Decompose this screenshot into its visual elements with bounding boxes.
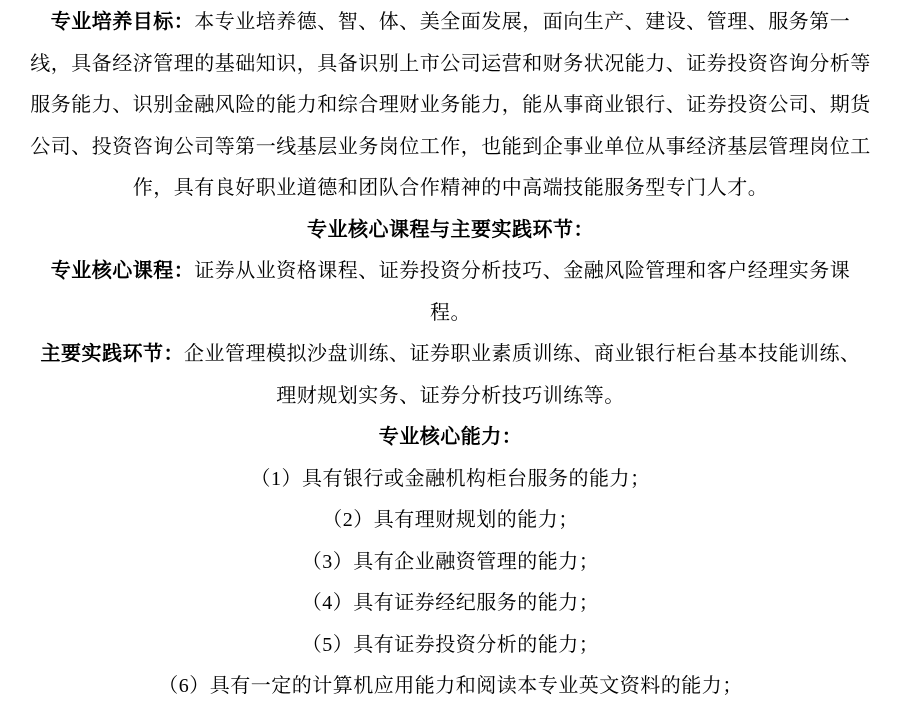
- line-text: 程。: [430, 302, 471, 324]
- ability-item-line: （5）具有证券投资分析的能力；: [8, 625, 893, 667]
- section-heading-courses-practice: 专业核心课程与主要实践环节：: [8, 210, 893, 252]
- ability-item-line: （6）具有一定的计算机应用能力和阅读本专业英文资料的能力；: [8, 666, 893, 708]
- line-text: 企业管理模拟沙盘训练、证券职业素质训练、商业银行柜台基本技能训练、: [184, 343, 861, 365]
- practice-modules-line: 理财规划实务、证券分析技巧训练等。: [8, 376, 893, 418]
- document-page: 专业培养目标：本专业培养德、智、体、美全面发展，面向生产、建设、管理、服务第一 …: [0, 0, 901, 709]
- training-objective-line: 公司、投资咨询公司等第一线基层业务岗位工作，也能到企事业单位从事经济基层管理岗位…: [8, 127, 893, 169]
- practice-modules-label: 主要实践环节：: [41, 343, 185, 365]
- training-objective-label: 专业培养目标：: [51, 11, 195, 33]
- practice-modules-line: 主要实践环节：企业管理模拟沙盘训练、证券职业素质训练、商业银行柜台基本技能训练、: [8, 334, 893, 376]
- line-text: （1）具有银行或金融机构柜台服务的能力；: [251, 468, 651, 490]
- line-text: 线，具备经济管理的基础知识，具备识别上市公司运营和财务状况能力、证券投资咨询分析…: [30, 53, 871, 75]
- line-text: 证券从业资格课程、证券投资分析技巧、金融风险管理和客户经理实务课: [194, 260, 850, 282]
- section-heading-label: 专业核心课程与主要实践环节：: [307, 219, 594, 241]
- line-text: 理财规划实务、证券分析技巧训练等。: [276, 385, 625, 407]
- line-text: 作，具有良好职业道德和团队合作精神的中高端技能服务型专门人才。: [133, 177, 769, 199]
- ability-item-line: （2）具有理财规划的能力；: [8, 500, 893, 542]
- section-heading-label: 专业核心能力：: [379, 426, 523, 448]
- core-courses-line: 程。: [8, 293, 893, 335]
- training-objective-line: 服务能力、识别金融风险的能力和综合理财业务能力，能从事商业银行、证券投资公司、期…: [8, 85, 893, 127]
- ability-item-line: （4）具有证券经纪服务的能力；: [8, 583, 893, 625]
- training-objective-line: 作，具有良好职业道德和团队合作精神的中高端技能服务型专门人才。: [8, 168, 893, 210]
- core-courses-line: 专业核心课程：证券从业资格课程、证券投资分析技巧、金融风险管理和客户经理实务课: [8, 251, 893, 293]
- line-text: 服务能力、识别金融风险的能力和综合理财业务能力，能从事商业银行、证券投资公司、期…: [30, 94, 871, 116]
- line-text: 公司、投资咨询公司等第一线基层业务岗位工作，也能到企事业单位从事经济基层管理岗位…: [30, 136, 871, 158]
- training-objective-line: 专业培养目标：本专业培养德、智、体、美全面发展，面向生产、建设、管理、服务第一: [8, 2, 893, 44]
- line-text: 本专业培养德、智、体、美全面发展，面向生产、建设、管理、服务第一: [194, 11, 850, 33]
- line-text: （4）具有证券经纪服务的能力；: [302, 592, 600, 614]
- line-text: （5）具有证券投资分析的能力；: [302, 634, 600, 656]
- line-text: （6）具有一定的计算机应用能力和阅读本专业英文资料的能力；: [158, 675, 743, 697]
- ability-item-line: （3）具有企业融资管理的能力；: [8, 542, 893, 584]
- training-objective-line: 线，具备经济管理的基础知识，具备识别上市公司运营和财务状况能力、证券投资咨询分析…: [8, 44, 893, 86]
- core-courses-label: 专业核心课程：: [51, 260, 195, 282]
- line-text: （3）具有企业融资管理的能力；: [302, 551, 600, 573]
- section-heading-core-abilities: 专业核心能力：: [8, 417, 893, 459]
- ability-item-line: （1）具有银行或金融机构柜台服务的能力；: [8, 459, 893, 501]
- line-text: （2）具有理财规划的能力；: [322, 509, 579, 531]
